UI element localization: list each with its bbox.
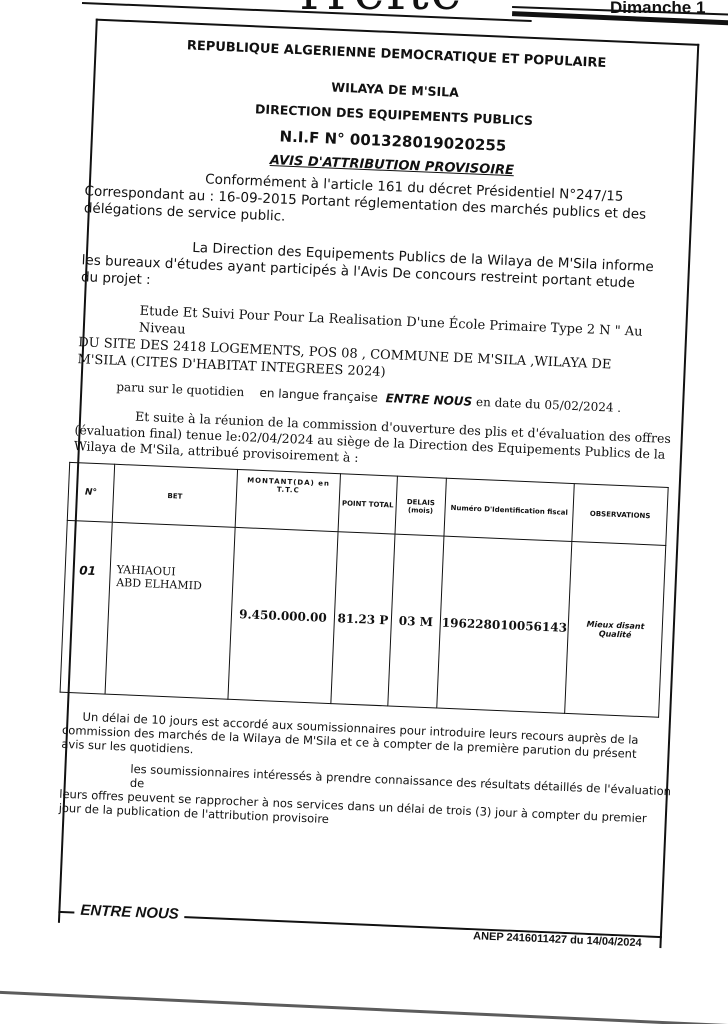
footer-newspaper-name: ENTRE NOUS (74, 901, 185, 923)
col-header-bet: BET (112, 464, 237, 527)
cell-num: 01 (60, 520, 112, 694)
col-header-num: N° (67, 462, 114, 522)
anep-reference: ANEP 2416011427 du 14/04/2024 (467, 930, 648, 950)
cell-nif: 196228010056143 (437, 536, 572, 713)
cell-delais: 03 M (388, 534, 444, 708)
cell-point-total: 81.23 P (331, 532, 395, 706)
award-table: N° BET MONTANT(DA) en T.T.C POINT TOTAL … (60, 462, 669, 718)
torn-paper-edge (0, 990, 728, 1024)
cell-montant: 9.450.000.00 (228, 527, 338, 703)
project-description: Etude Et Suivi Pour Pour La Realisation … (77, 300, 691, 394)
cell-bet: YAHIAOUI ABD ELHAMID (105, 522, 235, 699)
publication-date: en date du 05/02/2024 . (476, 395, 622, 415)
publication-language: en langue française (259, 386, 378, 405)
notice-content: REPUBLIQUE ALGERIENNE DEMOCRATIQUE ET PO… (58, 26, 703, 840)
col-header-point-total: POINT TOTAL (338, 474, 397, 534)
col-header-nif: Numéro D'Identification fiscal (444, 478, 575, 541)
intro-paragraph: La Direction des Equipements Publics de … (81, 235, 695, 312)
col-header-montant: MONTANT(DA) en T.T.C (235, 469, 340, 531)
col-header-delais: DELAIS (mois) (395, 476, 446, 536)
col-header-observations: OBSERVATIONS (572, 484, 668, 546)
notice-sheet: REPUBLIQUE ALGERIENNE DEMOCRATIQUE ET PO… (17, 17, 700, 978)
publication-prefix: paru sur le quotidien (116, 380, 244, 399)
masthead-date: Dimanche 1 (610, 0, 705, 18)
table-row: 01 YAHIAOUI ABD ELHAMID 9.450.000.00 81.… (60, 520, 666, 717)
cell-observations: Mieux disant Qualité (565, 542, 666, 718)
publication-newspaper: ENTRE NOUS (385, 391, 472, 409)
